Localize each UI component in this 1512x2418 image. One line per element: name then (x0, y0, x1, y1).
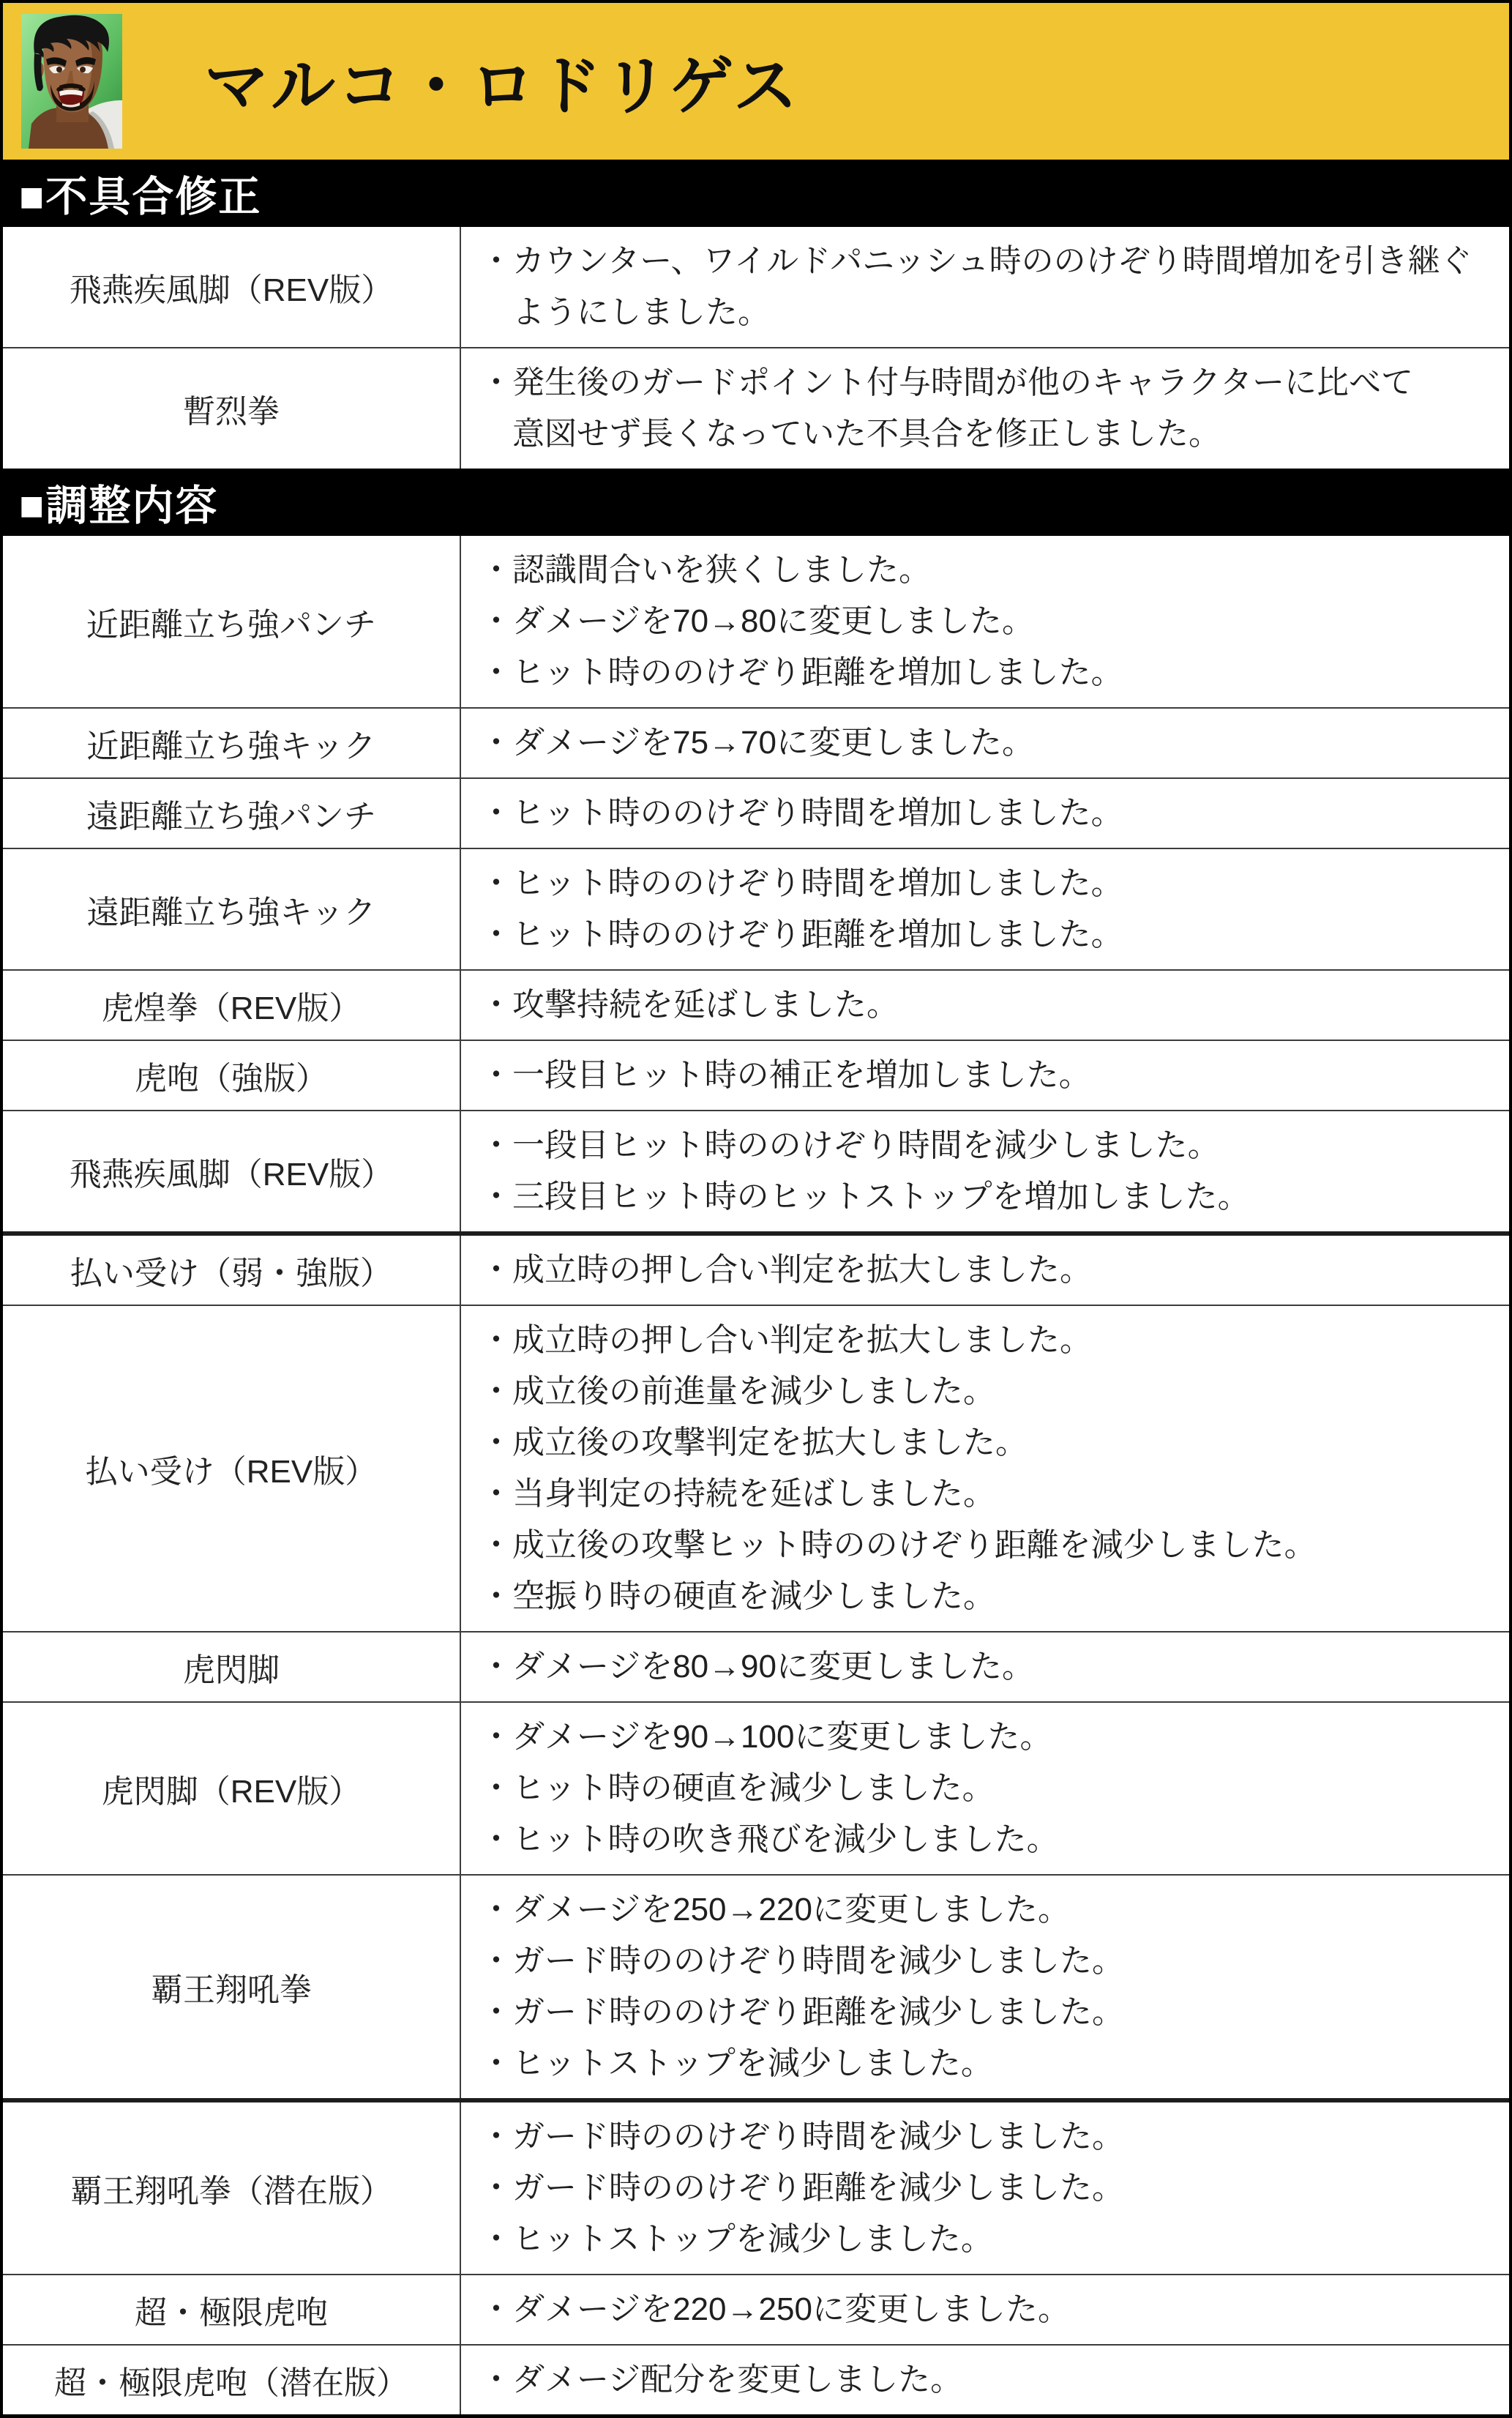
change-bullet: ・ダメージ配分を変更しました。 (480, 2354, 1492, 2406)
move-name-cell: 超・極限虎咆 (3, 2275, 461, 2344)
character-portrait (21, 14, 122, 149)
moves-table: 飛燕疾風脚（REV版）・カウンター、ワイルドパニッシュ時ののけぞり時間増加を引き… (3, 227, 1509, 469)
change-bullet: ・認識間合いを狭くしました。 (480, 545, 1492, 596)
move-changes-cell: ・ダメージを90→100に変更しました。・ヒット時の硬直を減少しました。・ヒット… (461, 1703, 1509, 1874)
move-changes-cell: ・認識間合いを狭くしました。・ダメージを70→80に変更しました。・ヒット時のの… (461, 536, 1509, 707)
change-bullet: ・成立後の攻撃判定を拡大しました。 (480, 1417, 1492, 1469)
section-heading-bar: ■調整内容 (3, 469, 1509, 536)
change-bullet: ・ヒット時の硬直を減少しました。 (480, 1763, 1492, 1814)
move-name-cell: 遠距離立ち強パンチ (3, 779, 461, 848)
move-name-cell: 近距離立ち強パンチ (3, 536, 461, 707)
move-name-cell: 虎閃脚（REV版） (3, 1703, 461, 1874)
table-row: 払い受け（REV版）・成立時の押し合い判定を拡大しました。・成立後の前進量を減少… (3, 1305, 1509, 1631)
change-bullet: ・ヒット時ののけぞり時間を増加しました。 (480, 788, 1492, 839)
move-changes-cell: ・ヒット時ののけぞり時間を増加しました。・ヒット時ののけぞり距離を増加しました。 (461, 849, 1509, 969)
change-bullet: ・ヒット時の吹き飛びを減少しました。 (480, 1814, 1492, 1865)
change-bullet: ・ダメージを220→250に変更しました。 (480, 2284, 1492, 2335)
change-bullet: ・成立時の押し合い判定を拡大しました。 (480, 1315, 1492, 1366)
move-name-cell: 払い受け（弱・強版） (3, 1236, 461, 1305)
change-bullet: ・発生後のガードポイント付与時間が他のキャラクターに比べて 意図せず長くなってい… (480, 357, 1492, 460)
move-name-cell: 覇王翔吼拳 (3, 1876, 461, 2098)
change-bullet: ・ダメージを250→220に変更しました。 (480, 1884, 1492, 1936)
table-row: 近距離立ち強キック・ダメージを75→70に変更しました。 (3, 707, 1509, 777)
change-bullet: ・当身判定の持続を延ばしました。 (480, 1469, 1492, 1520)
move-changes-cell: ・ガード時ののけぞり時間を減少しました。・ガード時ののけぞり距離を減少しました。… (461, 2102, 1509, 2274)
table-row: 覇王翔吼拳（潜在版）・ガード時ののけぞり時間を減少しました。・ガード時ののけぞり… (3, 2098, 1509, 2274)
table-row: 近距離立ち強パンチ・認識間合いを狭くしました。・ダメージを70→80に変更しまし… (3, 536, 1509, 707)
table-row: 払い受け（弱・強版）・成立時の押し合い判定を拡大しました。 (3, 1231, 1509, 1305)
change-bullet: ・ガード時ののけぞり距離を減少しました。 (480, 1987, 1492, 2038)
table-row: 飛燕疾風脚（REV版）・カウンター、ワイルドパニッシュ時ののけぞり時間増加を引き… (3, 227, 1509, 347)
moves-table: 近距離立ち強パンチ・認識間合いを狭くしました。・ダメージを70→80に変更しまし… (3, 536, 1509, 2414)
change-bullet: ・ヒットストップを減少しました。 (480, 2214, 1492, 2265)
move-changes-cell: ・ヒット時ののけぞり時間を増加しました。 (461, 779, 1509, 848)
move-changes-cell: ・一段目ヒット時ののけぞり時間を減少しました。・三段目ヒット時のヒットストップを… (461, 1111, 1509, 1231)
move-changes-cell: ・発生後のガードポイント付与時間が他のキャラクターに比べて 意図せず長くなってい… (461, 348, 1509, 469)
change-bullet: ・攻撃持続を延ばしました。 (480, 979, 1492, 1031)
change-bullet: ・ガード時ののけぞり時間を減少しました。 (480, 2111, 1492, 2163)
move-changes-cell: ・一段目ヒット時の補正を増加しました。 (461, 1041, 1509, 1110)
section-heading-bar: ■不具合修正 (3, 160, 1509, 227)
move-name-cell: 飛燕疾風脚（REV版） (3, 227, 461, 347)
move-name-cell: 虎咆（強版） (3, 1041, 461, 1110)
move-changes-cell: ・ダメージを220→250に変更しました。 (461, 2275, 1509, 2344)
move-name-cell: 暫烈拳 (3, 348, 461, 469)
move-name-cell: 虎煌拳（REV版） (3, 971, 461, 1040)
change-bullet: ・ヒット時ののけぞり距離を増加しました。 (480, 909, 1492, 960)
change-bullet: ・成立時の押し合い判定を拡大しました。 (480, 1245, 1492, 1296)
change-bullet: ・ダメージを80→90に変更しました。 (480, 1641, 1492, 1693)
table-row: 暫烈拳・発生後のガードポイント付与時間が他のキャラクターに比べて 意図せず長くな… (3, 347, 1509, 469)
sections-host: ■不具合修正飛燕疾風脚（REV版）・カウンター、ワイルドパニッシュ時ののけぞり時… (3, 160, 1509, 2414)
change-bullet: ・ダメージを90→100に変更しました。 (480, 1712, 1492, 1763)
move-changes-cell: ・成立時の押し合い判定を拡大しました。・成立後の前進量を減少しました。・成立後の… (461, 1306, 1509, 1631)
table-row: 遠距離立ち強キック・ヒット時ののけぞり時間を増加しました。・ヒット時ののけぞり距… (3, 848, 1509, 969)
table-row: 虎閃脚・ダメージを80→90に変更しました。 (3, 1631, 1509, 1701)
move-changes-cell: ・ダメージを80→90に変更しました。 (461, 1632, 1509, 1701)
move-name-cell: 近距離立ち強キック (3, 709, 461, 777)
section-heading-label: ■調整内容 (19, 472, 218, 532)
change-bullet: ・ヒット時ののけぞり時間を増加しました。 (480, 858, 1492, 909)
table-row: 覇王翔吼拳・ダメージを250→220に変更しました。・ガード時ののけぞり時間を減… (3, 1874, 1509, 2098)
table-row: 超・極限虎咆（潜在版）・ダメージ配分を変更しました。 (3, 2344, 1509, 2414)
patch-notes-page: マルコ・ロドリゲス ■不具合修正飛燕疾風脚（REV版）・カウンター、ワイルドパニ… (0, 0, 1512, 2418)
change-bullet: ・ガード時ののけぞり距離を減少しました。 (480, 2163, 1492, 2214)
character-header: マルコ・ロドリゲス (3, 3, 1509, 160)
move-name-cell: 飛燕疾風脚（REV版） (3, 1111, 461, 1231)
character-name: マルコ・ロドリゲス (204, 35, 800, 127)
section-heading-label: ■不具合修正 (19, 163, 261, 223)
table-row: 遠距離立ち強パンチ・ヒット時ののけぞり時間を増加しました。 (3, 777, 1509, 848)
move-name-cell: 覇王翔吼拳（潜在版） (3, 2102, 461, 2274)
change-bullet: ・カウンター、ワイルドパニッシュ時ののけぞり時間増加を引き継ぐ ようにしました。 (480, 236, 1492, 338)
move-name-cell: 遠距離立ち強キック (3, 849, 461, 969)
move-changes-cell: ・攻撃持続を延ばしました。 (461, 971, 1509, 1040)
move-name-cell: 虎閃脚 (3, 1632, 461, 1701)
move-changes-cell: ・カウンター、ワイルドパニッシュ時ののけぞり時間増加を引き継ぐ ようにしました。 (461, 227, 1509, 347)
change-bullet: ・一段目ヒット時ののけぞり時間を減少しました。 (480, 1120, 1492, 1171)
move-name-cell: 超・極限虎咆（潜在版） (3, 2346, 461, 2414)
change-bullet: ・ヒット時ののけぞり距離を増加しました。 (480, 647, 1492, 698)
table-row: 虎煌拳（REV版）・攻撃持続を延ばしました。 (3, 969, 1509, 1040)
move-changes-cell: ・ダメージ配分を変更しました。 (461, 2346, 1509, 2414)
change-bullet: ・成立後の攻撃ヒット時ののけぞり距離を減少しました。 (480, 1520, 1492, 1571)
move-name-cell: 払い受け（REV版） (3, 1306, 461, 1631)
table-row: 超・極限虎咆・ダメージを220→250に変更しました。 (3, 2274, 1509, 2344)
change-bullet: ・一段目ヒット時の補正を増加しました。 (480, 1050, 1492, 1101)
change-bullet: ・成立後の前進量を減少しました。 (480, 1366, 1492, 1417)
move-changes-cell: ・ダメージを250→220に変更しました。・ガード時ののけぞり時間を減少しました… (461, 1876, 1509, 2098)
change-bullet: ・空振り時の硬直を減少しました。 (480, 1571, 1492, 1622)
move-changes-cell: ・ダメージを75→70に変更しました。 (461, 709, 1509, 777)
move-changes-cell: ・成立時の押し合い判定を拡大しました。 (461, 1236, 1509, 1305)
change-bullet: ・三段目ヒット時のヒットストップを増加しました。 (480, 1171, 1492, 1223)
portrait-illustration (21, 14, 122, 149)
change-bullet: ・ダメージを70→80に変更しました。 (480, 596, 1492, 647)
table-row: 虎咆（強版）・一段目ヒット時の補正を増加しました。 (3, 1040, 1509, 1110)
table-row: 虎閃脚（REV版）・ダメージを90→100に変更しました。・ヒット時の硬直を減少… (3, 1701, 1509, 1874)
change-bullet: ・ヒットストップを減少しました。 (480, 2038, 1492, 2089)
change-bullet: ・ガード時ののけぞり時間を減少しました。 (480, 1936, 1492, 1987)
change-bullet: ・ダメージを75→70に変更しました。 (480, 717, 1492, 769)
table-row: 飛燕疾風脚（REV版）・一段目ヒット時ののけぞり時間を減少しました。・三段目ヒッ… (3, 1110, 1509, 1231)
